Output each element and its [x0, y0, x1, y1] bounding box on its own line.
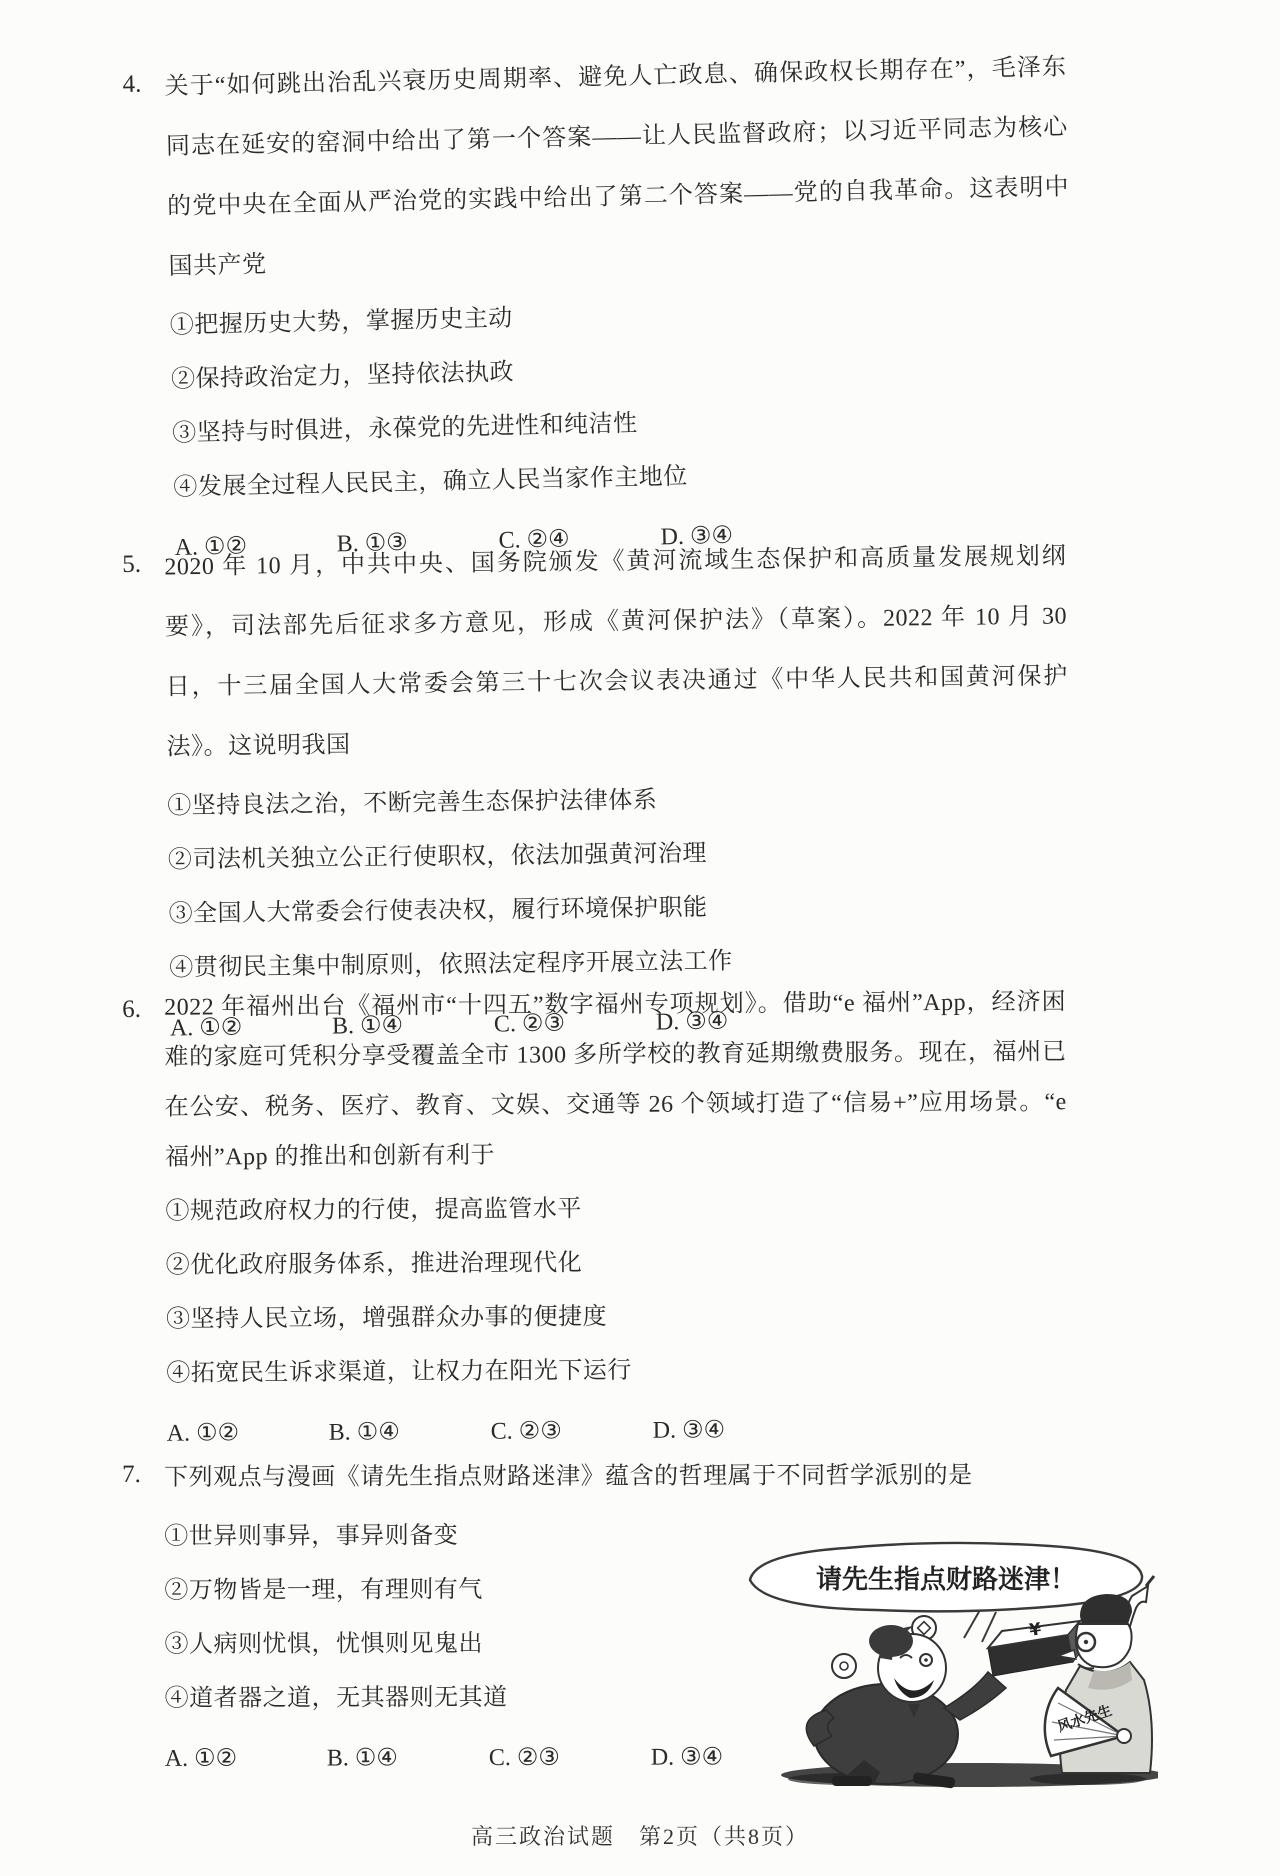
question-stem: 关于“如何跳出治乱兴衰历史周期率、避免人亡政息、确保政权长期存在”，毛泽东同志在…	[164, 37, 1071, 297]
money-symbol: ¥	[1028, 1619, 1043, 1640]
question-stem: 2022 年福州出台《福州市“十四五”数字福州专项规划》。借助“e 福州”App…	[164, 977, 1067, 1183]
money-box: ¥	[988, 1619, 1085, 1676]
question-block-5: 5. 2020 年 10 月，中共中央、国务院颁发《黄河流域生态保护和高质量发展…	[122, 526, 1083, 1056]
option-item: ③坚持人民立场，增强群众办事的便捷度	[166, 1287, 1068, 1347]
cartoon-illustration: 请先生指点财路迷津！	[728, 1538, 1158, 1793]
option-item: ④道者器之道，无其器则无其道	[165, 1670, 785, 1726]
answer-choice-a: A. ①②	[165, 1731, 327, 1785]
question-number: 7.	[122, 1462, 141, 1487]
footer-page-info: 高三政治试题 第2页（共8页）	[0, 1820, 1280, 1851]
answer-choice-d: D. ③④	[651, 1730, 724, 1784]
option-item: ③人病则忧惧，忧惧则见鬼出	[164, 1616, 784, 1672]
answer-choice-c: C. ②③	[489, 1731, 651, 1785]
question-number: 5.	[122, 552, 141, 577]
question-stem: 2020 年 10 月，中共中央、国务院颁发《黄河流域生态保护和高质量发展规划纲…	[164, 526, 1069, 777]
question-block-4: 4. 关于“如何跳出治乱兴衰历史周期率、避免人亡政息、确保政权长期存在”，毛泽东…	[122, 37, 1088, 576]
exam-page: 4. 关于“如何跳出治乱兴衰历史周期率、避免人亡政息、确保政权长期存在”，毛泽东…	[0, 0, 1280, 1876]
option-item: ④拓宽民生诉求渠道，让权力在阳光下运行	[166, 1341, 1068, 1401]
question-number: 4.	[122, 72, 141, 97]
option-item: ①世异则事异，事异则备变	[164, 1508, 784, 1564]
question-stem: 下列观点与漫画《请先生指点财路迷津》蕴含的哲理属于不同哲学派别的是	[164, 1446, 1066, 1508]
speech-bubble-text: 请先生指点财路迷津！	[816, 1565, 1076, 1594]
question-number: 6.	[122, 997, 141, 1022]
option-item: ②万物皆是一理，有理则有气	[164, 1562, 784, 1618]
question-block-6: 6. 2022 年福州出台《福州市“十四五”数字福州专项规划》。借助“e 福州”…	[122, 977, 1080, 1461]
answer-row: A. ①② B. ①④ C. ②③ D. ③④	[165, 1730, 785, 1786]
option-item: ②优化政府服务体系，推进治理现代化	[166, 1233, 1068, 1293]
answer-choice-b: B. ①④	[327, 1731, 489, 1785]
option-item: ①规范政府权力的行使，提高监管水平	[165, 1179, 1067, 1239]
